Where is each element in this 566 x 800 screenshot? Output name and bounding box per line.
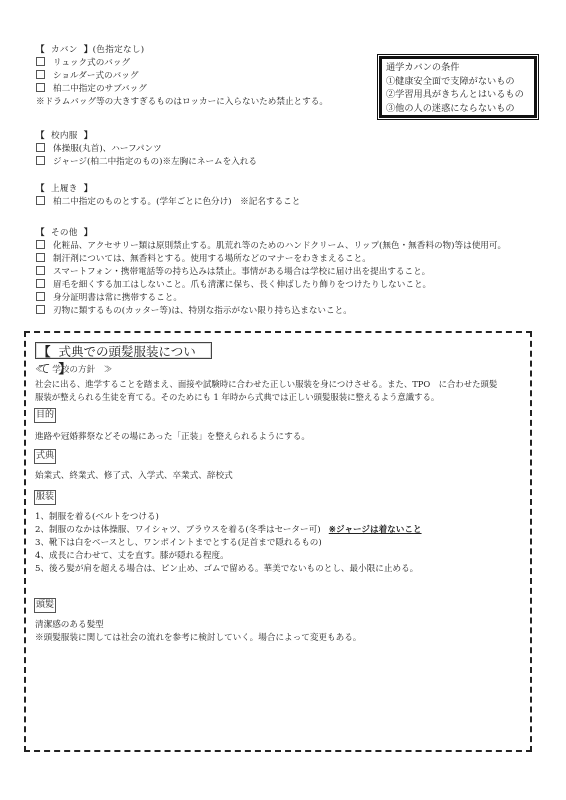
other-heading-title: その他 <box>51 228 78 238</box>
no-jersey-note: ※ジャージは着ないこと <box>329 525 422 535</box>
pe-item-label: ジャージ(柏二中指定のもの)※左胸にネームを入れる <box>53 157 257 167</box>
checkbox-icon[interactable] <box>36 83 45 92</box>
shoes-heading-title: 上履き <box>51 184 78 194</box>
pe-item: ジャージ(柏二中指定のもの)※左胸にネームを入れる <box>36 156 257 169</box>
bag-section: 【 カバン 】(色指定なし) リュック式のバッグ ショルダー式のバッグ 柏二中指… <box>36 44 328 109</box>
bag-condition-item: ②学習用具がきちんとはいるもの <box>386 88 530 102</box>
other-item: 化粧品、アクセサリー類は原則禁止する。肌荒れ等のためのハンドクリーム、リップ(無… <box>36 240 506 253</box>
pe-heading: 【 校内服 】 <box>36 130 257 143</box>
bag-heading-title: カバン <box>51 45 78 55</box>
events-label-text: 式典 <box>34 449 56 464</box>
checkbox-icon[interactable] <box>36 143 45 152</box>
other-item: 身分証明書は常に携帯すること。 <box>36 292 506 305</box>
clothing-item: 4、成長に合わせて、丈を直す。膝が隠れる程度。 <box>35 550 422 563</box>
checkbox-icon[interactable] <box>36 266 45 275</box>
bracket-close: 】 <box>84 184 93 194</box>
bag-item-label: リュック式のバッグ <box>53 58 130 68</box>
bag-condition-item: ③他の人の迷惑にならないもの <box>386 102 530 116</box>
clothing-item: 3、靴下は白をベースとし、ワンポイントまでとする(足首まで隠れるもの) <box>35 537 422 550</box>
hair-line: 清潔感のある髪型 <box>35 619 361 632</box>
pe-heading-title: 校内服 <box>51 131 78 141</box>
clothing-label: 服装 <box>34 490 56 505</box>
shoes-item-label: 柏二中指定のものとする。(学年ごとに色分け) ※記名すること <box>53 197 300 207</box>
checkbox-icon[interactable] <box>36 279 45 288</box>
other-item: 制汗剤については、無香料とする。使用する場所などのマナーをわきまえること。 <box>36 253 506 266</box>
bracket-close: 】 <box>84 228 93 238</box>
hair-label: 頭髪 <box>34 598 56 613</box>
shoes-section: 【 上履き 】 柏二中指定のものとする。(学年ごとに色分け) ※記名すること <box>36 183 300 209</box>
other-item-label: 眉毛を細くする加工はしないこと。爪も清潔に保ち、長く伸ばしたり飾りをつけたりしな… <box>53 280 431 290</box>
bracket-open: 【 <box>36 131 45 141</box>
checkbox-icon[interactable] <box>36 253 45 262</box>
bag-heading-note: (色指定なし) <box>93 45 145 55</box>
checkbox-icon[interactable] <box>36 57 45 66</box>
other-item-label: 身分証明書は常に携帯すること。 <box>53 293 182 303</box>
checkbox-icon[interactable] <box>36 240 45 249</box>
pe-item: 体操服(丸首)、ハーフパンツ <box>36 143 257 156</box>
bag-item-label: 柏二中指定のサブバッグ <box>53 84 147 94</box>
checkbox-icon[interactable] <box>36 70 45 79</box>
other-item: スマートフォン・携帯電話等の持ち込みは禁止。事情がある場合は学校に届け出を提出す… <box>36 266 506 279</box>
bag-condition-item: ①健康安全面で支障がないもの <box>386 75 530 89</box>
bag-item: ショルダー式のバッグ <box>36 70 328 83</box>
other-item-label: 化粧品、アクセサリー類は原則禁止する。肌荒れ等のためのハンドクリーム、リップ(無… <box>53 241 506 251</box>
bracket-open: 【 <box>36 184 45 194</box>
checkbox-icon[interactable] <box>36 196 45 205</box>
bracket-open: 【 <box>36 228 45 238</box>
purpose-label-text: 目的 <box>34 408 56 423</box>
purpose-text: 進路や冠婚葬祭などその場にあった「正装」を整えられるようにする。 <box>35 431 310 444</box>
pe-item-label: 体操服(丸首)、ハーフパンツ <box>53 144 162 154</box>
bracket-open: 【 <box>36 45 45 55</box>
bracket-open: 【 <box>38 344 51 359</box>
clothing-list: 1、制服を着る(ベルトをつける) 2、制服のなかは体操服、ワイシャツ、ブラウスを… <box>35 511 422 576</box>
shoes-heading: 【 上履き 】 <box>36 183 300 196</box>
checkbox-icon[interactable] <box>36 292 45 301</box>
ceremony-box: 【 式典での頭髪服装について 】 ≪ 学校の方針 ≫ 社会に出る、進学することを… <box>24 331 532 752</box>
clothing-item: 5、後ろ髪が肩を超える場合は、ピン止め、ゴムで留める。華美でないものとし、最小限… <box>35 563 422 576</box>
bag-heading: 【 カバン 】(色指定なし) <box>36 44 328 57</box>
other-item-label: スマートフォン・携帯電話等の持ち込みは禁止。事情がある場合は学校に届け出を提出す… <box>53 267 430 277</box>
checkbox-icon[interactable] <box>36 156 45 165</box>
events-label: 式典 <box>34 449 56 464</box>
other-item: 刃物に類するもの(カッター等)は、特別な指示がない限り持ち込まないこと。 <box>36 305 506 318</box>
bag-item: リュック式のバッグ <box>36 57 328 70</box>
events-text: 始業式、終業式、修了式、入学式、卒業式、辞校式 <box>35 470 233 483</box>
shoes-item: 柏二中指定のものとする。(学年ごとに色分け) ※記名すること <box>36 196 300 209</box>
bag-conditions-title: 通学カバンの条件 <box>386 61 530 75</box>
bag-item: 柏二中指定のサブバッグ <box>36 83 328 96</box>
other-item: 眉毛を細くする加工はしないこと。爪も清潔に保ち、長く伸ばしたり飾りをつけたりしな… <box>36 279 506 292</box>
purpose-label: 目的 <box>34 408 56 423</box>
hair-text: 清潔感のある髪型 ※頭髪服装に関しては社会の流れを参考に検討していく。場合によっ… <box>35 619 361 645</box>
checkbox-icon[interactable] <box>36 305 45 314</box>
hair-label-text: 頭髪 <box>34 598 56 613</box>
bag-item-label: ショルダー式のバッグ <box>53 71 138 81</box>
policy-line: 服装が整えられる生徒を育てる。そのためにも 1 年時から式典では正しい頭髪服装に… <box>35 391 439 404</box>
bag-conditions-box: 通学カバンの条件 ①健康安全面で支障がないもの ②学習用具がきちんとはいるもの … <box>379 56 537 118</box>
ceremony-title: 【 式典での頭髪服装について 】 <box>35 342 212 359</box>
other-section: 【 その他 】 化粧品、アクセサリー類は原則禁止する。肌荒れ等のためのハンドクリ… <box>36 227 506 318</box>
other-item-label: 制汗剤については、無香料とする。使用する場所などのマナーをわきまえること。 <box>53 254 371 264</box>
policy-line: 社会に出る、進学することを踏まえ、面接や試験時に合わせた正しい服装を身につけさせ… <box>35 378 497 391</box>
pe-section: 【 校内服 】 体操服(丸首)、ハーフパンツ ジャージ(柏二中指定のもの)※左胸… <box>36 130 257 169</box>
other-item-label: 刃物に類するもの(カッター等)は、特別な指示がない限り持ち込まないこと。 <box>53 306 352 316</box>
clothing-item-text: 2、制服のなかは体操服、ワイシャツ、ブラウスを着る(冬季はセーター可) <box>35 525 321 535</box>
bag-note: ※ドラムバッグ等の大きすぎるものはロッカーに入らないため禁止とする。 <box>36 96 328 109</box>
hair-line: ※頭髪服装に関しては社会の流れを参考に検討していく。場合によって変更もある。 <box>35 632 361 645</box>
policy-heading: ≪ 学校の方針 ≫ <box>35 364 112 377</box>
bracket-close: 】 <box>84 45 93 55</box>
clothing-label-text: 服装 <box>34 490 56 505</box>
clothing-item: 1、制服を着る(ベルトをつける) <box>35 511 422 524</box>
bracket-close: 】 <box>84 131 93 141</box>
clothing-item: 2、制服のなかは体操服、ワイシャツ、ブラウスを着る(冬季はセーター可) ※ジャー… <box>35 524 422 537</box>
other-heading: 【 その他 】 <box>36 227 506 240</box>
